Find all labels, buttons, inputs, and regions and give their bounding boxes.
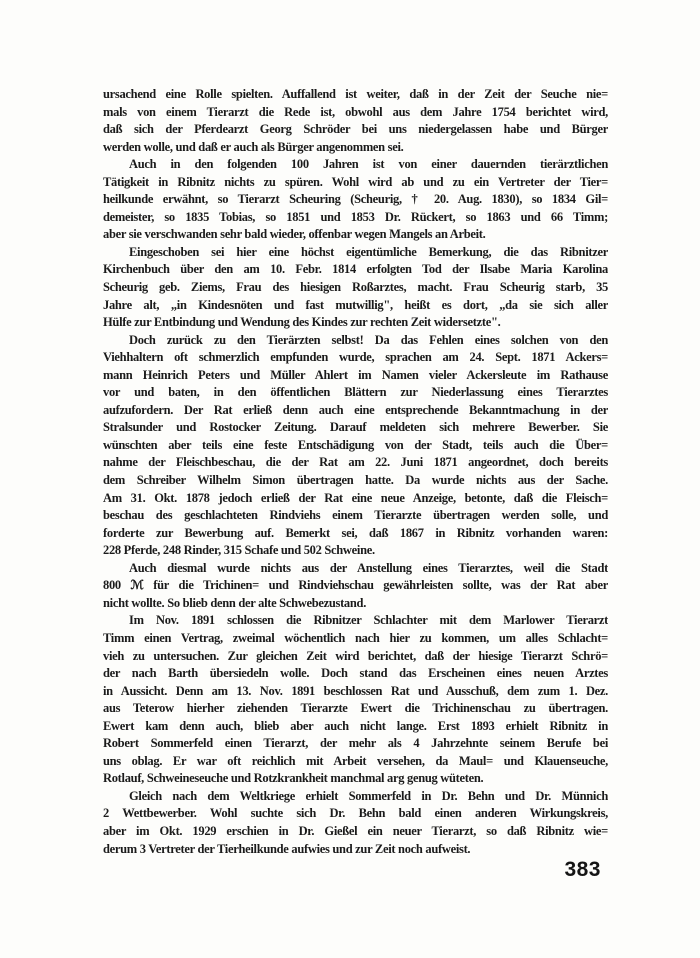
paragraph-3: Eingeschoben sei hier eine höchst eigent…: [103, 244, 608, 332]
text-line: Auch diesmal wurde nichts aus der Anstel…: [103, 560, 608, 578]
text-line: Kirchenbuch über den am 10. Febr. 1814 e…: [103, 261, 608, 279]
body-text: ursachend eine Rolle spielten. Auffallen…: [103, 86, 608, 858]
text-line: 2 Wettbewerber. Wohl suchte sich Dr. Beh…: [103, 805, 608, 823]
paragraph-4: Doch zurück zu den Tierärzten selbst! Da…: [103, 332, 608, 560]
text-line: Im Nov. 1891 schlossen die Ribnitzer Sch…: [103, 612, 608, 630]
text-line: Tätigkeit in Ribnitz nichts zu spüren. W…: [103, 174, 608, 192]
text-line: heilkunde erwähnt, so Tierarzt Scheuring…: [103, 191, 608, 209]
text-line: derum 3 Vertreter der Tierheilkunde aufw…: [103, 841, 608, 859]
text-line: Eingeschoben sei hier eine höchst eigent…: [103, 244, 608, 262]
text-line: 228 Pferde, 248 Rinder, 315 Schafe und 5…: [103, 542, 608, 560]
text-line: ursachend eine Rolle spielten. Auffallen…: [103, 86, 608, 104]
paragraph-5: Auch diesmal wurde nichts aus der Anstel…: [103, 560, 608, 613]
text-line: beschau des geschlachteten Rindviehs ein…: [103, 507, 608, 525]
text-line: dem Schreiber Wilhelm Simon übertragen h…: [103, 472, 608, 490]
text-line: vieh zu untersuchen. Zur gleichen Zeit w…: [103, 648, 608, 666]
text-line: wünschten aber teils eine feste Entschäd…: [103, 437, 608, 455]
text-line: Hülfe zur Entbindung und Wendung des Kin…: [103, 314, 608, 332]
text-line: Jahre alt, „in Kindesnöten und fast mutw…: [103, 297, 608, 315]
text-line: uns oblag. Er war oft reichlich mit Arbe…: [103, 753, 608, 771]
text-line: Ewert kam denn auch, blieb aber auch nic…: [103, 718, 608, 736]
text-line: Gleich nach dem Weltkriege erhielt Somme…: [103, 788, 608, 806]
text-line: vor und baten, in den öffentlichen Blätt…: [103, 384, 608, 402]
text-line: der nach Barth übersiedeln wolle. Doch s…: [103, 665, 608, 683]
text-line: nahme der Fleischbeschau, die der Rat am…: [103, 454, 608, 472]
text-line: aus Teterow hierher ziehenden Tierarzte …: [103, 700, 608, 718]
text-line: Stralsunder und Rostocker Zeitung. Darau…: [103, 419, 608, 437]
text-line: nicht wollte. So blieb denn der alte Sch…: [103, 595, 608, 613]
text-line: daß sich der Pferdearzt Georg Schröder b…: [103, 121, 608, 139]
paragraph-7: Gleich nach dem Weltkriege erhielt Somme…: [103, 788, 608, 858]
text-line: Doch zurück zu den Tierärzten selbst! Da…: [103, 332, 608, 350]
paragraph-1: ursachend eine Rolle spielten. Auffallen…: [103, 86, 608, 156]
text-line: Scheurig geb. Ziems, Frau des hiesigen R…: [103, 279, 608, 297]
page-number: 383: [103, 858, 601, 882]
text-line: Am 31. Okt. 1878 jedoch erließ der Rat e…: [103, 490, 608, 508]
text-line: demeister, so 1835 Tobias, so 1851 und 1…: [103, 209, 608, 227]
text-line: Timm einen Vertrag, zweimal wöchentlich …: [103, 630, 608, 648]
text-line: Rotlauf, Schweineseuche und Rotzkrankhei…: [103, 770, 608, 788]
text-line: Viehhaltern oft schmerzlich empfunden wu…: [103, 349, 608, 367]
paragraph-2: Auch in den folgenden 100 Jahren ist von…: [103, 156, 608, 244]
text-line: mann Heinrich Peters und Müller Ahlert i…: [103, 367, 608, 385]
text-line: Auch in den folgenden 100 Jahren ist von…: [103, 156, 608, 174]
text-line: aufzufordern. Der Rat erließ denn auch e…: [103, 402, 608, 420]
text-line: aber sie verschwanden sehr bald wieder, …: [103, 226, 608, 244]
text-line: in Aussicht. Denn am 13. Nov. 1891 besch…: [103, 683, 608, 701]
text-line: aber im Okt. 1929 erschien in Dr. Gießel…: [103, 823, 608, 841]
paragraph-6: Im Nov. 1891 schlossen die Ribnitzer Sch…: [103, 612, 608, 787]
text-line: forderte zur Bewerbung auf. Bemerkt sei,…: [103, 525, 608, 543]
text-line: werden wolle, und daß er auch als Bürger…: [103, 139, 608, 157]
text-line: Robert Sommerfeld einen Tierarzt, der me…: [103, 735, 608, 753]
text-line: mals von einem Tierarzt die Rede ist, ob…: [103, 104, 608, 122]
book-page: ursachend eine Rolle spielten. Auffallen…: [0, 0, 700, 958]
text-line: 800 ℳ für die Trichinen= und Rindviehsch…: [103, 577, 608, 595]
